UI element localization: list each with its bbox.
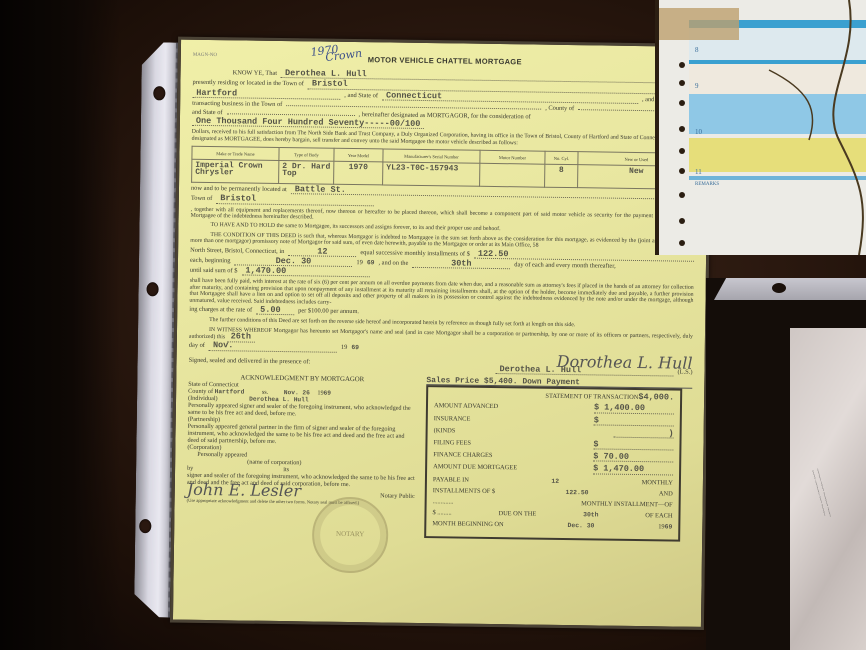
handwritten-note: 1970Crown <box>310 43 362 64</box>
statement-row: AMOUNT ADVANCED$ 1,400.00 <box>434 403 674 415</box>
tissue-document: ~~~~~ ~~~~ ~~~~~~ ~~~~~~~~ ~~~~~~ ~~~ ~~… <box>790 328 866 650</box>
chattel-mortgage-document: MAGN-NO 1970Crown MOTOR VEHICLE CHATTEL … <box>170 37 712 630</box>
string-strand <box>749 0 866 255</box>
vehicle-table: Make or Trade Name Type of Body Year Mod… <box>191 146 695 190</box>
notary-signature: John E. Lesler <box>187 486 301 495</box>
acknowledgment-section: ACKNOWLEDGMENT BY MORTGAGOR State of Con… <box>186 374 692 542</box>
consideration-amount: One Thousand Four Hundred Seventy-----00… <box>192 118 425 129</box>
tape-piece <box>659 8 739 40</box>
ledger-sheet: 8 9 10 11 REMARKS <box>655 0 866 255</box>
second-sleeve: ~~~~~ ~~~~ ~~~~~~ ~~~~~~~~ ~~~~~~ ~~~ ~~… <box>706 278 866 650</box>
statement-row: FINANCE CHARGES$ 70.00 <box>433 451 673 463</box>
document-sleeve: MAGN-NO 1970Crown MOTOR VEHICLE CHATTEL … <box>128 34 716 632</box>
total-sum: 1,470.00 <box>241 268 369 278</box>
witness-month: Nov. <box>209 342 337 352</box>
statement-of-transaction: STATEMENT OF TRANSACTION$4,000. AMOUNT A… <box>424 385 682 541</box>
form-number: MAGN-NO <box>193 52 217 60</box>
location-town: Bristol <box>216 196 374 206</box>
mortgagor-county: Hartford <box>192 89 340 99</box>
document-title: MOTOR VEHICLE CHATTEL MORTGAGE <box>193 54 697 68</box>
dark-background <box>0 0 120 650</box>
carrying-rate: 5.00 <box>256 307 294 316</box>
remarks-label: REMARKS <box>695 182 719 187</box>
statement-row: FILING FEES$ <box>433 439 673 451</box>
due-day: 30th <box>412 260 510 270</box>
statement-row: (KINDS) <box>434 427 674 439</box>
acknowledgment-block: ACKNOWLEDGMENT BY MORTGAGOR State of Con… <box>186 374 416 538</box>
statement-row: INSURANCE$ <box>434 415 674 427</box>
statement-row: AMOUNT DUE MORTGAGEE$ 1,470.00 <box>433 464 673 476</box>
